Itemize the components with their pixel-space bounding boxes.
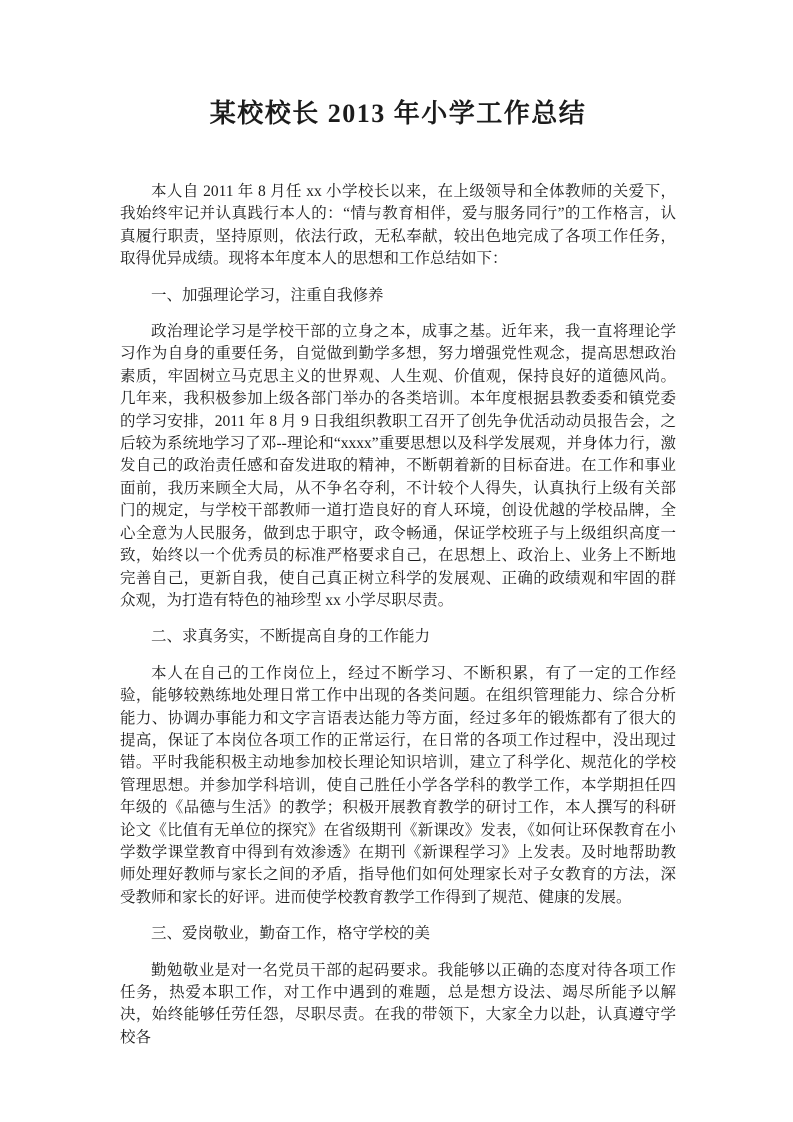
section-heading-2: 二、求真务实，不断提高自身的工作能力 [120, 626, 676, 648]
section-heading-1: 一、加强理论学习，注重自我修养 [120, 285, 676, 307]
paragraph-section-3: 勤勉敬业是对一名党员干部的起码要求。我能够以正确的态度对待各项工作任务，热爱本职… [120, 960, 676, 1050]
paragraph-intro: 本人自 2011 年 8 月任 xx 小学校长以来，在上级领导和全体教师的关爱下… [120, 181, 676, 271]
paragraph-section-2: 本人在自己的工作岗位上，经过不断学习、不断积累，有了一定的工作经验，能够较熟练地… [120, 663, 676, 909]
section-heading-3: 三、爱岗敬业，勤奋工作，格守学校的美 [120, 923, 676, 945]
document-title: 某校校长 2013 年小学工作总结 [120, 97, 676, 130]
document-page: 某校校长 2013 年小学工作总结 本人自 2011 年 8 月任 xx 小学校… [0, 0, 793, 1122]
paragraph-section-1: 政治理论学习是学校干部的立身之本，成事之基。近年来，我一直将理论学习作为自身的重… [120, 321, 676, 612]
